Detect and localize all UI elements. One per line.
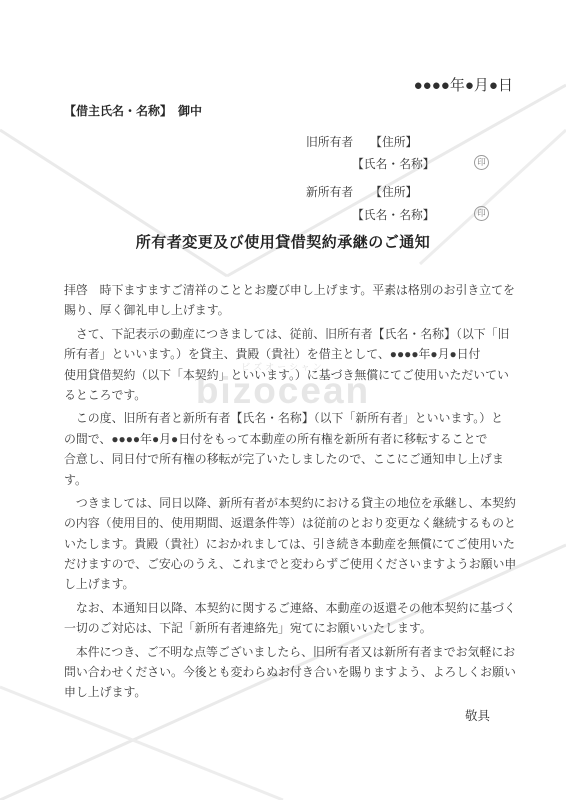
body-paragraph: なお、本通知日以降、本契約に関するご連絡、本動産の返還その他本契約に基づく 一切… (64, 598, 516, 639)
body-line: の内容（使用目的、使用期間、返還条件等）は従前のとおり変更なく継続するものと (64, 513, 516, 533)
body-line: つきましては、同日以降、新所有者が本契約における貸主の地位を承継し、本契約 (64, 493, 516, 513)
party-address-placeholder: 【住所】 (370, 133, 417, 150)
body-line: るところです。 (64, 385, 516, 405)
body-line: だけますので、ご安心のうえ、これまでと変わらずご使用くださいますようお願い申 (64, 554, 516, 574)
body-paragraph: 本件につき、ご不明な点等ございましたら、旧所有者又は新所有者までお気軽にお 問い… (64, 642, 516, 703)
body-paragraph: この度、旧所有者と新所有者【氏名・名称】（以下「新所有者」といいます。）と の間… (64, 408, 516, 490)
body-line: 拝啓 時下ますますご清祥のこととお慶び申し上げます。平素は格別のお引き立てを (64, 280, 516, 300)
body-line: なお、本通知日以降、本契約に関するご連絡、本動産の返還その他本契約に基づく (64, 598, 516, 618)
body-line: 使用貸借契約（以下「本契約」といいます。）に基づき無償にてご使用いただいてい (64, 365, 516, 385)
body-line: 本件につき、ご不明な点等ございましたら、旧所有者又は新所有者までお気軽にお (64, 642, 516, 662)
body-paragraph: さて、下記表示の動産につきましては、従前、旧所有者【氏名・名称】（以下「旧 所有… (64, 324, 516, 406)
party-address-placeholder: 【住所】 (370, 183, 417, 200)
letter-title: 所有者変更及び使用貸借契約承継のご通知 (0, 231, 566, 252)
body-line: 一切のご対応は、下記「新所有者連絡先」宛てにお願いいたします。 (64, 618, 516, 638)
party-row-old-owner: 旧所有者 【住所】 (306, 133, 417, 150)
party-role: 旧所有者 (306, 133, 353, 150)
body-line: さて、下記表示の動産につきましては、従前、旧所有者【氏名・名称】（以下「旧 (64, 324, 516, 344)
document-page: ビズオーシャン bizocean ●●●●年●月●日 【借主氏名・名称】 御中 … (0, 0, 566, 800)
body-line: 問い合わせください。今後とも変わらぬお付き合いを賜りますよう、よろしくお願い (64, 662, 516, 682)
seal-stamp-icon: 印 (474, 155, 489, 170)
seal-stamp-icon: 印 (474, 206, 489, 221)
letter-date: ●●●●年●月●日 (414, 78, 513, 95)
body-line: 合意し、同日付で所有権の移転が完了いたしましたので、ここにご通知申し上げま (64, 449, 516, 469)
body-line: の間で、●●●●年●月●日付をもって本動産の所有権を新所有者に移転することで (64, 429, 516, 449)
body-line: す。 (64, 470, 516, 490)
body-line: 賜り、厚く御礼申し上げます。 (64, 300, 516, 320)
body-line: 所有者」といいます。）を貸主、貴殿（貴社）を借主として、●●●●年●月●日付 (64, 344, 516, 364)
letter-body: 拝啓 時下ますますご清祥のこととお慶び申し上げます。平素は格別のお引き立てを 賜… (64, 280, 516, 726)
party-role: 新所有者 (306, 183, 353, 200)
body-line: 申し上げます。 (64, 682, 516, 702)
body-paragraph: つきましては、同日以降、新所有者が本契約における貸主の地位を承継し、本契約 の内… (64, 493, 516, 595)
party-row-new-owner: 新所有者 【住所】 (306, 183, 417, 200)
closing-word: 敬具 (64, 706, 516, 726)
party-name-placeholder: 【氏名・名称】 (352, 206, 435, 223)
party-name-placeholder: 【氏名・名称】 (352, 155, 435, 172)
body-line: し上げます。 (64, 574, 516, 594)
body-line: いたします。貴殿（貴社）におかれましては、引き続き本動産を無償にてご使用いた (64, 534, 516, 554)
body-paragraph: 拝啓 時下ますますご清祥のこととお慶び申し上げます。平素は格別のお引き立てを 賜… (64, 280, 516, 321)
addressee-line: 【借主氏名・名称】 御中 (64, 102, 202, 119)
body-line: この度、旧所有者と新所有者【氏名・名称】（以下「新所有者」といいます。）と (64, 408, 516, 428)
